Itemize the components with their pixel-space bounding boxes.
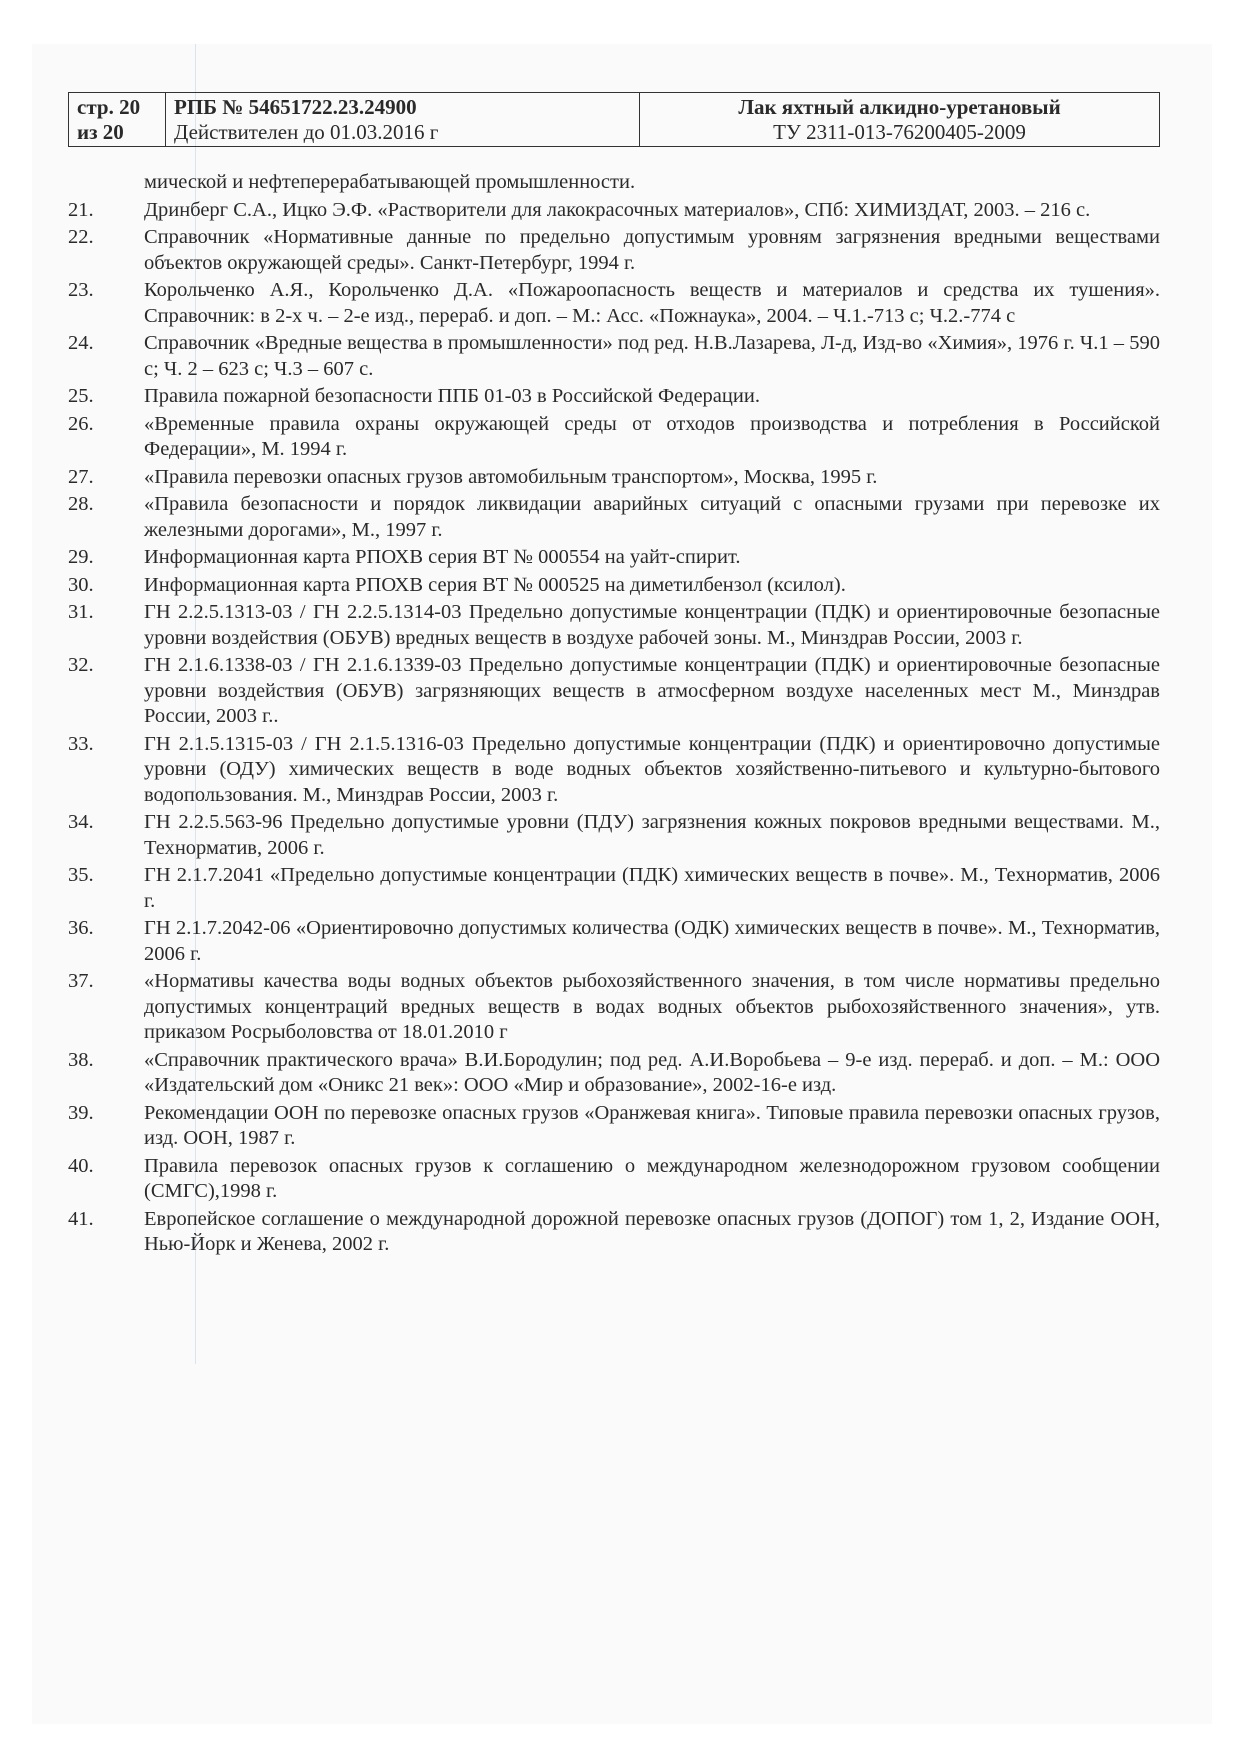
continuation-text: мической и нефтеперерабатывающей промышл…	[68, 170, 1160, 196]
reference-number: 29.	[68, 545, 144, 571]
reference-item: 23.Корольченко А.Я., Корольченко Д.А. «П…	[68, 278, 1160, 329]
reference-text: «Правила безопасности и порядок ликвидац…	[144, 492, 1160, 543]
reference-text: ГН 2.1.7.2042-06 «Ориентировочно допусти…	[144, 916, 1160, 967]
reference-number: 41.	[68, 1207, 144, 1258]
reference-text: «Нормативы качества воды водных объектов…	[144, 969, 1160, 1046]
reference-item: 34.ГН 2.2.5.563-96 Предельно допустимые …	[68, 810, 1160, 861]
reference-number: 35.	[68, 863, 144, 914]
document-cell: РПБ № 54651722.23.24900 Действителен до …	[166, 93, 640, 146]
reference-item: 26.«Временные правила охраны окружающей …	[68, 412, 1160, 463]
reference-item: 25.Правила пожарной безопасности ППБ 01-…	[68, 384, 1160, 410]
reference-text: ГН 2.2.5.563-96 Предельно допустимые уро…	[144, 810, 1160, 861]
reference-number: 37.	[68, 969, 144, 1046]
reference-item: 37.«Нормативы качества воды водных объек…	[68, 969, 1160, 1046]
reference-item: 35.ГН 2.1.7.2041 «Предельно допустимые к…	[68, 863, 1160, 914]
reference-number: 21.	[68, 198, 144, 224]
reference-item: 21.Дринберг С.А., Ицко Э.Ф. «Растворител…	[68, 198, 1160, 224]
page-total: из 20	[77, 120, 157, 145]
reference-number: 25.	[68, 384, 144, 410]
reference-number: 36.	[68, 916, 144, 967]
reference-number: 38.	[68, 1048, 144, 1099]
page-label: стр. 20	[77, 95, 157, 120]
reference-number: 34.	[68, 810, 144, 861]
page-header-table: стр. 20 из 20 РПБ № 54651722.23.24900 Де…	[68, 92, 1160, 147]
spec-code: ТУ 2311-013-76200405-2009	[648, 120, 1151, 145]
reference-number: 32.	[68, 653, 144, 730]
reference-item: 33.ГН 2.1.5.1315-03 / ГН 2.1.5.1316-03 П…	[68, 732, 1160, 809]
reference-list: мической и нефтеперерабатывающей промышл…	[68, 170, 1160, 1260]
product-cell: Лак яхтный алкидно-уретановый ТУ 2311-01…	[640, 93, 1159, 146]
reference-number: 24.	[68, 331, 144, 382]
page-number-cell: стр. 20 из 20	[69, 93, 166, 146]
reference-item: 38.«Справочник практического врача» В.И.…	[68, 1048, 1160, 1099]
reference-number: 27.	[68, 465, 144, 491]
reference-text: «Временные правила охраны окружающей сре…	[144, 412, 1160, 463]
reference-text: ГН 2.1.6.1338-03 / ГН 2.1.6.1339-03 Пред…	[144, 653, 1160, 730]
reference-number: 26.	[68, 412, 144, 463]
reference-item: 30.Информационная карта РПОХВ серия ВТ №…	[68, 573, 1160, 599]
reference-item: 22.Справочник «Нормативные данные по пре…	[68, 225, 1160, 276]
reference-number: 30.	[68, 573, 144, 599]
reference-text: Дринберг С.А., Ицко Э.Ф. «Растворители д…	[144, 198, 1160, 224]
reference-text: Справочник «Нормативные данные по предел…	[144, 225, 1160, 276]
reference-number: 31.	[68, 600, 144, 651]
reference-number: 33.	[68, 732, 144, 809]
product-name: Лак яхтный алкидно-уретановый	[648, 95, 1151, 120]
reference-number: 40.	[68, 1154, 144, 1205]
reference-text: Европейское соглашение о международной д…	[144, 1207, 1160, 1258]
reference-text: Правила пожарной безопасности ППБ 01-03 …	[144, 384, 1160, 410]
reference-number: 23.	[68, 278, 144, 329]
reference-text: «Справочник практического врача» В.И.Бор…	[144, 1048, 1160, 1099]
reference-item: 31.ГН 2.2.5.1313-03 / ГН 2.2.5.1314-03 П…	[68, 600, 1160, 651]
reference-text: ГН 2.1.5.1315-03 / ГН 2.1.5.1316-03 Пред…	[144, 732, 1160, 809]
document-number: РПБ № 54651722.23.24900	[174, 95, 631, 120]
reference-text: Корольченко А.Я., Корольченко Д.А. «Пожа…	[144, 278, 1160, 329]
reference-text: Информационная карта РПОХВ серия ВТ № 00…	[144, 545, 1160, 571]
reference-item: 27.«Правила перевозки опасных грузов авт…	[68, 465, 1160, 491]
reference-item: 32.ГН 2.1.6.1338-03 / ГН 2.1.6.1339-03 П…	[68, 653, 1160, 730]
reference-text: «Правила перевозки опасных грузов автомо…	[144, 465, 1160, 491]
reference-number: 39.	[68, 1101, 144, 1152]
reference-text: ГН 2.1.7.2041 «Предельно допустимые конц…	[144, 863, 1160, 914]
reference-item: 40.Правила перевозок опасных грузов к со…	[68, 1154, 1160, 1205]
reference-text: Справочник «Вредные вещества в промышлен…	[144, 331, 1160, 382]
reference-text: ГН 2.2.5.1313-03 / ГН 2.2.5.1314-03 Пред…	[144, 600, 1160, 651]
reference-item: 24.Справочник «Вредные вещества в промыш…	[68, 331, 1160, 382]
reference-item: 29.Информационная карта РПОХВ серия ВТ №…	[68, 545, 1160, 571]
reference-item: 36.ГН 2.1.7.2042-06 «Ориентировочно допу…	[68, 916, 1160, 967]
reference-number: 28.	[68, 492, 144, 543]
reference-text: Информационная карта РПОХВ серия ВТ № 00…	[144, 573, 1160, 599]
reference-item: 28.«Правила безопасности и порядок ликви…	[68, 492, 1160, 543]
reference-item: 39.Рекомендации ООН по перевозке опасных…	[68, 1101, 1160, 1152]
valid-until: Действителен до 01.03.2016 г	[174, 120, 631, 145]
reference-item: 41.Европейское соглашение о международно…	[68, 1207, 1160, 1258]
reference-number: 22.	[68, 225, 144, 276]
reference-text: Правила перевозок опасных грузов к согла…	[144, 1154, 1160, 1205]
reference-text: Рекомендации ООН по перевозке опасных гр…	[144, 1101, 1160, 1152]
